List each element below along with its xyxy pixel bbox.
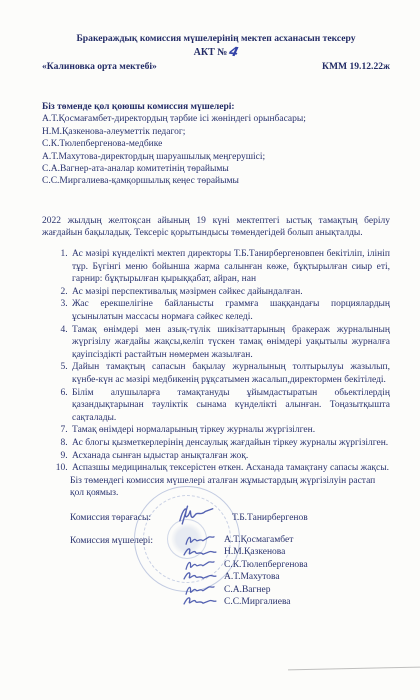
commission-intro: Біз төменде қол қоюшы комиссия мүшелері:… — [42, 101, 390, 188]
commission-member: С.С.Миргалиева-қамқоршылық кеңес төрайым… — [42, 175, 390, 187]
members-label: Комиссия мүшелері: — [70, 534, 166, 546]
finding-item: Тамақ өнімдері мен азық-түлік шикізаттар… — [70, 324, 390, 362]
member-signature-icon — [179, 594, 222, 611]
finding-item: Ас блогы қызметкерлерінің денсаулық жағд… — [70, 437, 390, 450]
school-name: «Калиновка орта мектебі» — [42, 61, 157, 73]
finding-item: Дайын тамақтың сапасын бақылау журналыны… — [70, 361, 390, 386]
member-name: А.Т.Махутова — [224, 572, 280, 582]
act-number-line: АКТ №4 — [42, 45, 390, 60]
chairman-label: Комиссия төрағасы: — [70, 513, 166, 523]
finding-item: Тамақ өнімдері нормаларының тіркеу журна… — [70, 424, 390, 437]
finding-item: Білім алушыларға тамақтануды ұйымдастыра… — [70, 387, 390, 425]
commission-heading: Біз төменде қол қоюшы комиссия мүшелері: — [42, 101, 390, 113]
finding-item: Аспазшы медициналық тексерістен өткен. А… — [70, 462, 390, 475]
finding-item: Ас мәзірі күнделікті мектеп директоры Т.… — [70, 248, 390, 286]
act-number-handwritten: 4 — [228, 46, 240, 61]
member-signature-row: А.Т.Қосмагамбет — [180, 534, 308, 546]
document-title: Бракераждық комиссия мүшелерінің мектеп … — [42, 33, 390, 45]
member-signature-row: А.Т.Махутова — [180, 571, 308, 583]
commission-member: С.К.Тюлепбергенова-медбике — [42, 138, 390, 150]
chairman-signature-icon — [173, 500, 227, 528]
closing-statement: Біз төмендегі комиссия мүшелері аталған … — [70, 475, 390, 500]
document-body: Бракераждық комиссия мүшелерінің мектеп … — [0, 0, 420, 669]
finding-item: Асханада сынған ыдыстар анықталған жоқ. — [70, 450, 390, 463]
document-header: Бракераждық комиссия мүшелерінің мектеп … — [42, 33, 390, 73]
finding-item: Жас ерекшелігіне байланысты граммға шаққ… — [70, 298, 390, 323]
member-name: С.К.Тюлепбергенова — [224, 560, 308, 570]
commission-member: Н.М.Қазкенова-әлеуметтік педагог; — [42, 126, 390, 138]
chairman-signature-row: Комиссия төрағасы: Т.Б.Танирбергенов — [70, 510, 308, 526]
member-signature-row: С.С.Миргалиева — [180, 596, 308, 608]
signature-area: Комиссия төрағасы: Т.Б.Танирбергенов Ком… — [42, 504, 390, 669]
chairman-name: Т.Б.Танирбергенов — [232, 513, 308, 523]
scanned-document-page: Бракераждық комиссия мүшелерінің мектеп … — [0, 0, 420, 700]
school-date-row: «Калиновка орта мектебі» КММ 19.12.22ж — [42, 61, 390, 73]
org-date: КММ 19.12.22ж — [322, 61, 390, 73]
member-name: Н.М.Қазкенова — [224, 547, 285, 557]
finding-item: Ас мәзірі перспективалық мәзірмен сәйкес… — [70, 286, 390, 299]
commission-member: С.А.Вагнер-ата-аналар комитетінің төрайы… — [42, 163, 390, 175]
commission-members-list: А.Т.Қосмағамбет-директордың тәрбие ісі ж… — [42, 113, 390, 187]
member-name: А.Т.Қосмагамбет — [224, 535, 293, 545]
commission-member: А.Т.Махутова-директордың шаруашылық меңг… — [42, 151, 390, 163]
member-signatures-list: А.Т.Қосмагамбет Н.М.Қазкенова — [180, 534, 308, 608]
members-signature-block: Комиссия мүшелері: А.Т.Қосмагамбет — [70, 534, 308, 608]
commission-member: А.Т.Қосмағамбет-директордың тәрбие ісі ж… — [42, 113, 390, 125]
member-signature-row: Н.М.Қазкенова — [180, 546, 308, 558]
act-label: АКТ № — [194, 47, 228, 58]
findings-list: Ас мәзірі күнделікті мектеп директоры Т.… — [42, 248, 390, 475]
inspection-paragraph: 2022 жылдың желтоқсан айының 19 күні мек… — [42, 215, 390, 240]
member-name: С.А.Вагнер — [224, 585, 270, 595]
member-name: С.С.Миргалиева — [224, 597, 291, 607]
